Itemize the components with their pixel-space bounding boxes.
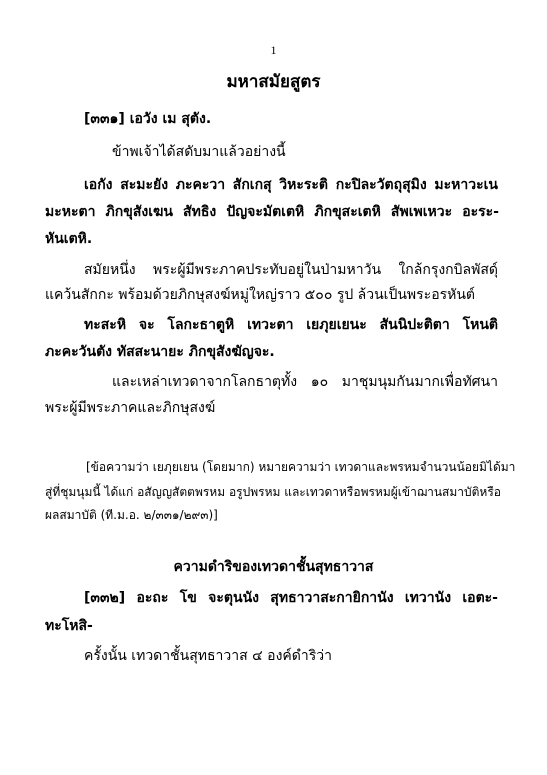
- pali-para-2-line-1: ทะสะหิ จะ โลกะธาตูหิ เทวะตา เยภุยเยนะ สั…: [84, 318, 498, 332]
- thai-para-2-line-1: และเหล่าเทวดาจากโลกธาตุทั้ง ๑๐ มาชุมนุมก…: [112, 375, 498, 389]
- page-number: 1: [0, 44, 547, 56]
- pali-para-1-line-3: หันเตหิ.: [45, 232, 92, 246]
- section-332-pali-line-2: ทะโหสิ-: [45, 619, 93, 633]
- pali-para-1-line-2: มะหะตา ภิกขุสังเฆน สัทธิง ปัญจะมัตเตหิ ภ…: [45, 205, 499, 219]
- footnote-line-2: สู่ที่ชุมนุมนี้ ได้แก่ อสัญญสัตตพรหม อรู…: [45, 486, 499, 498]
- section-332-thai: ครั้งนั้น เทวดาชั้นสุทธาวาส ๔ องค์ดำริว่…: [84, 649, 332, 663]
- thai-para-1-line-2: แคว้นสักกะ พร้อมด้วยภิกษุสงฆ์หมู่ใหญ่ราว…: [45, 288, 475, 302]
- translation-intro: ข้าพเจ้าได้สดับมาแล้วอย่างนี้: [112, 145, 286, 159]
- thai-para-2-line-2: พระผู้มีพระภาคและภิกษุสงฆ์: [45, 401, 215, 415]
- footnote-line-1: [ข้อความว่า เยภุยเยน (โดยมาก) หมายความว่…: [86, 461, 498, 473]
- pali-para-2-line-2: ภะคะวันตัง ทัสสะนายะ ภิกขุสังฆัญจะ.: [45, 345, 275, 359]
- page-title: มหาสมัยสูตร: [0, 74, 547, 91]
- pali-para-1-line-1: เอกัง สะมะยัง ภะคะวา สักเกสุ วิหะระติ กะ…: [84, 178, 498, 192]
- section-332-subheading: ความดำริของเทวดาชั้นสุทธาวาส: [0, 560, 547, 574]
- thai-para-1-line-1: สมัยหนึ่ง พระผู้มีพระภาคประทับอยู่ในป่าม…: [84, 263, 498, 277]
- footnote-line-3: ผลสมาบัติ (ที.ม.อ. ๒/๓๓๑/๒๙๓)]: [45, 509, 218, 521]
- section-331-heading: [๓๓๑] เอวัง เม สุตัง.: [84, 112, 211, 126]
- section-332-pali-line-1: [๓๓๒] อะถะ โข จะตุนนัง สุทธาวาสะกายิกานั…: [84, 591, 498, 605]
- document-page: 1 มหาสมัยสูตร [๓๓๑] เอวัง เม สุตัง. ข้าพ…: [0, 0, 547, 775]
